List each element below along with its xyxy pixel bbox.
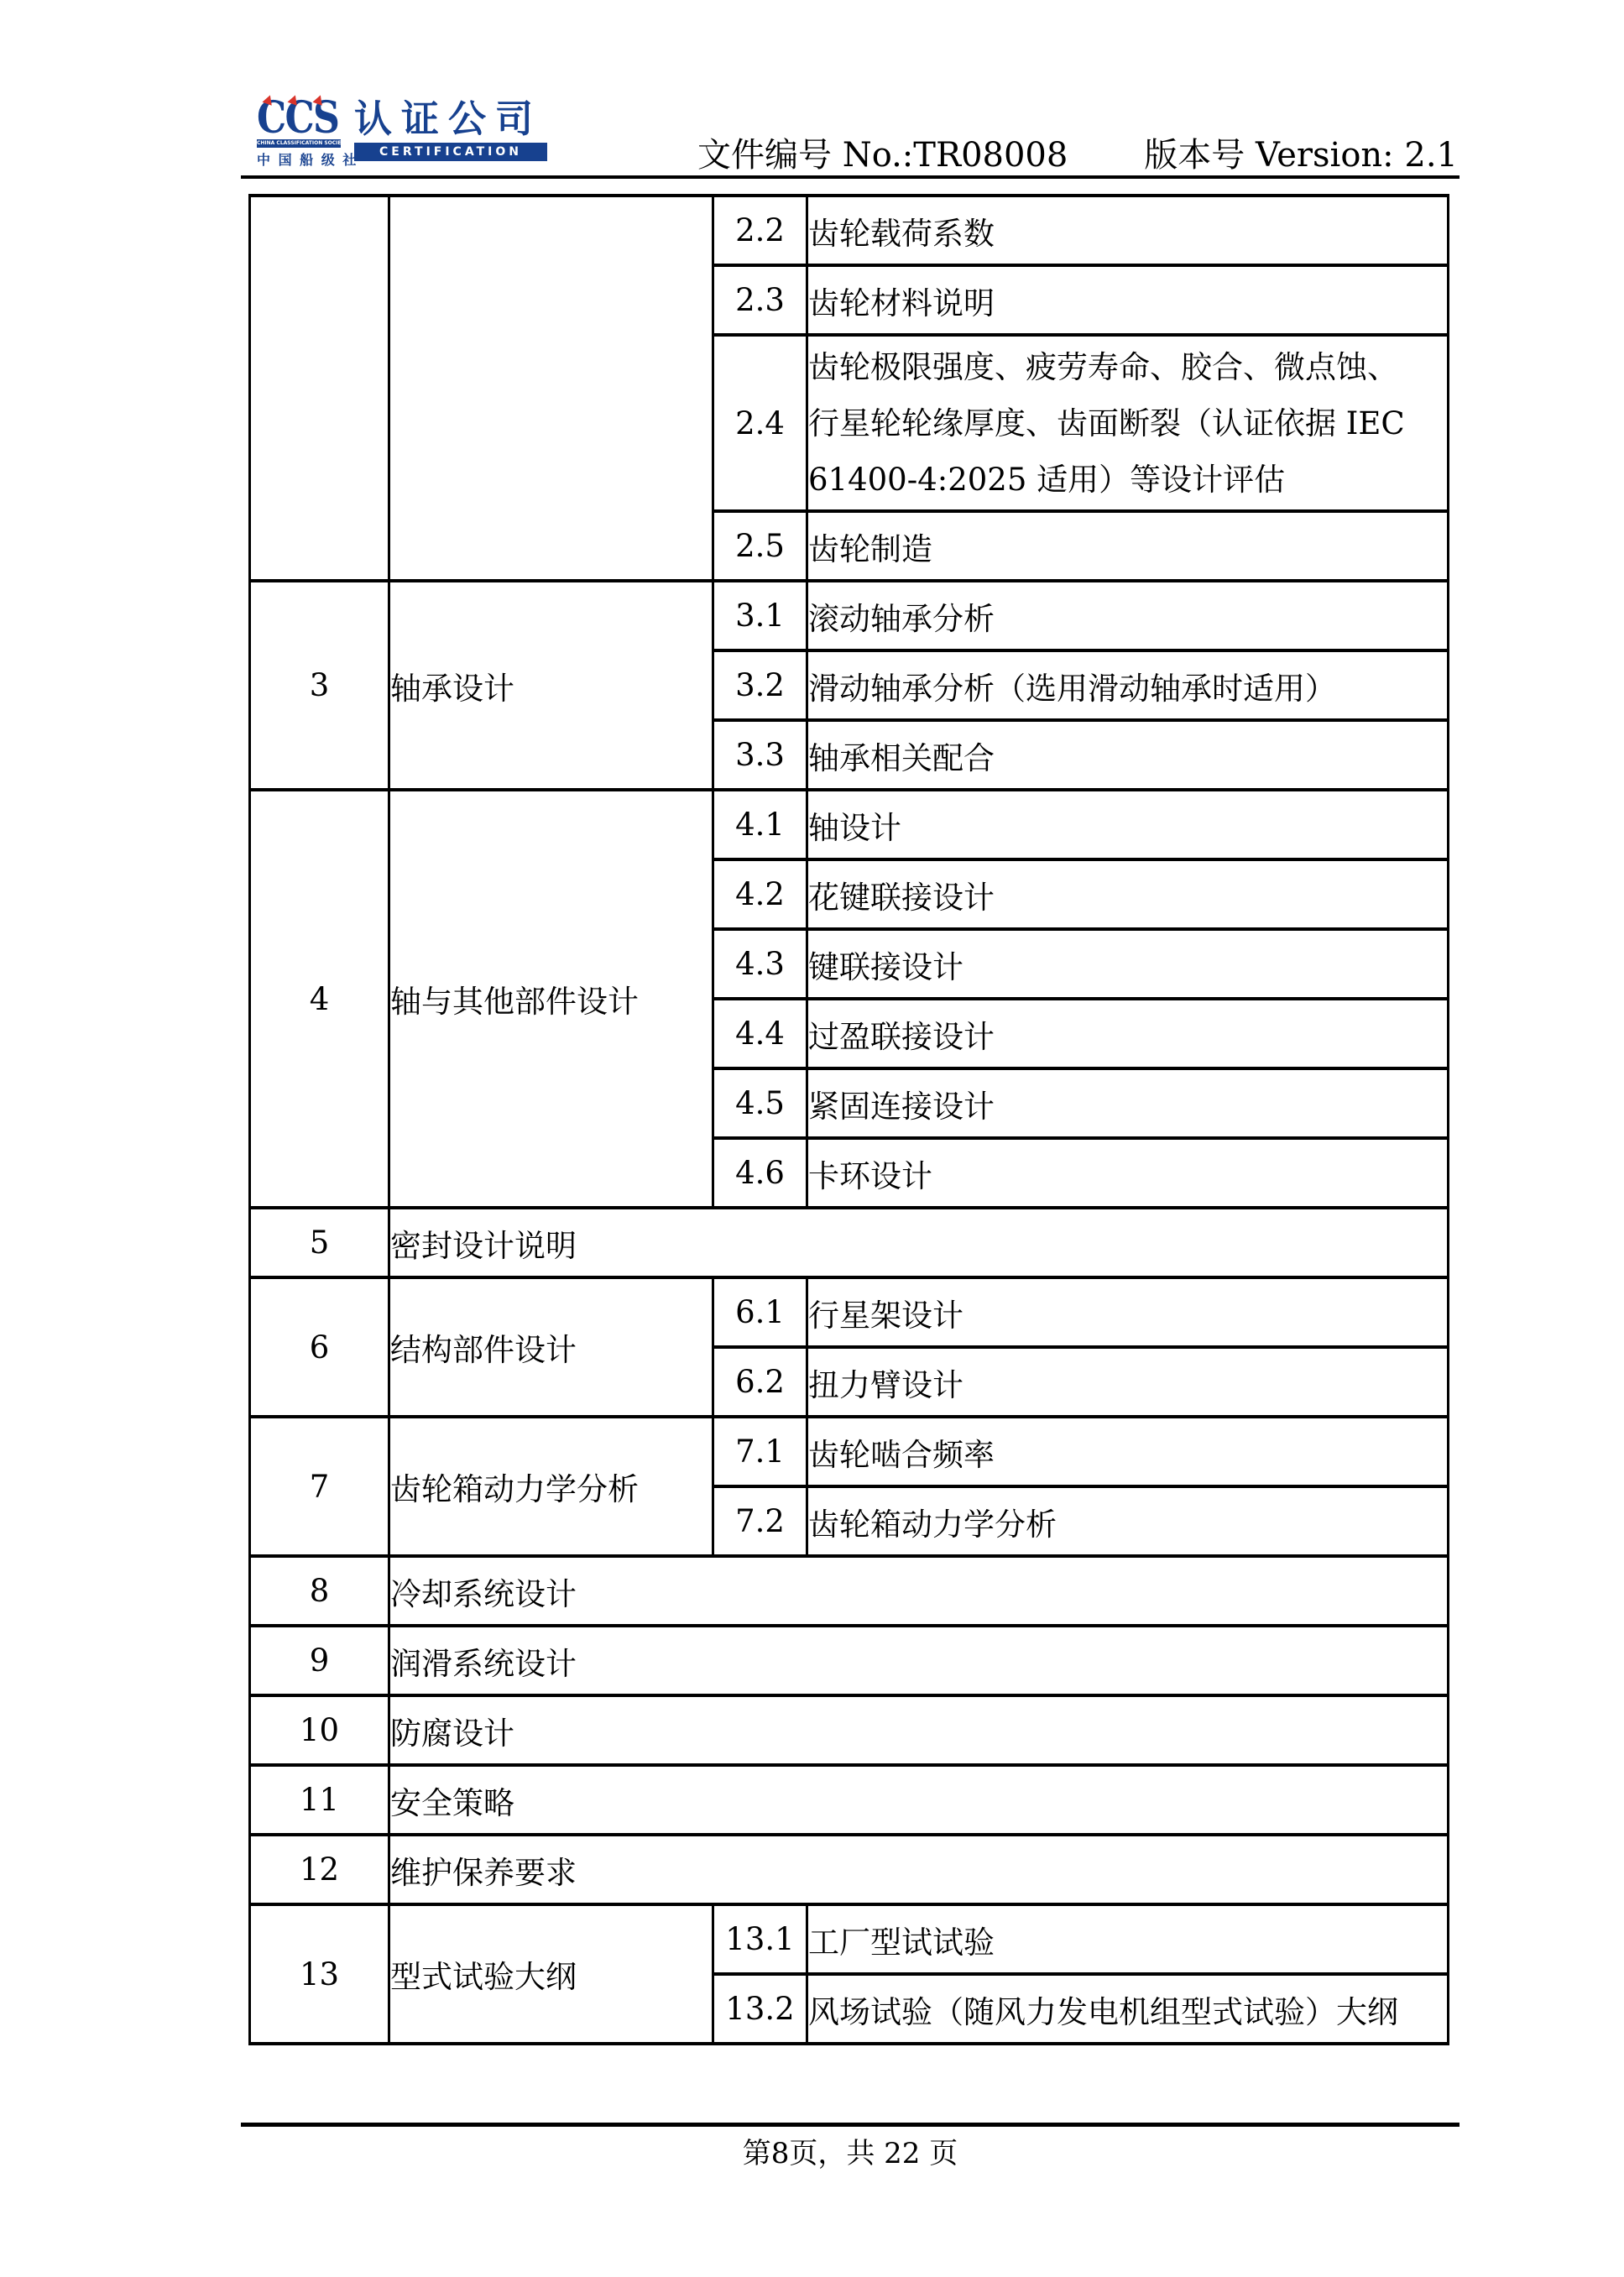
table-row: 9 润滑系统设计 xyxy=(250,1626,1449,1695)
sub-no-cell: 4.4 xyxy=(713,999,807,1068)
logo-company-en-banner: CERTIFICATION xyxy=(354,143,547,161)
category-cell: 润滑系统设计 xyxy=(389,1626,1449,1695)
table-row: 4 轴与其他部件设计 4.1 轴设计 xyxy=(250,790,1449,859)
sub-no-cell: 3.2 xyxy=(713,650,807,720)
page-number-label: 第8页，共 22 页 xyxy=(241,2130,1460,2171)
desc-cell: 轴承相关配合 xyxy=(807,720,1449,790)
document-page: CCS CHINA CLASSIFICATION SOCIETY 中 国 船 级… xyxy=(0,0,1624,2277)
sub-no-cell: 3.1 xyxy=(713,581,807,650)
category-cell: 冷却系统设计 xyxy=(389,1556,1449,1626)
category-cell: 轴与其他部件设计 xyxy=(389,790,713,1208)
table-row: 6 结构部件设计 6.1 行星架设计 xyxy=(250,1277,1449,1347)
desc-cell: 键联接设计 xyxy=(807,929,1449,999)
row-no-cell: 12 xyxy=(250,1835,389,1904)
table-row: 5 密封设计说明 xyxy=(250,1208,1449,1277)
ccs-logo-left: CCS CHINA CLASSIFICATION SOCIETY 中 国 船 级… xyxy=(257,99,341,169)
desc-cell: 齿轮材料说明 xyxy=(807,265,1449,335)
category-cell: 轴承设计 xyxy=(389,581,713,790)
header-rule xyxy=(241,175,1460,179)
row-no-cell: 11 xyxy=(250,1765,389,1835)
sub-no-cell: 3.3 xyxy=(713,720,807,790)
category-cell: 结构部件设计 xyxy=(389,1277,713,1417)
row-no-cell: 9 xyxy=(250,1626,389,1695)
sub-no-cell: 4.2 xyxy=(713,859,807,929)
sub-no-cell: 7.1 xyxy=(713,1417,807,1486)
sub-no-cell: 2.5 xyxy=(713,511,807,581)
desc-cell: 工厂型试试验 xyxy=(807,1904,1449,1974)
table-row: 2.2 齿轮载荷系数 xyxy=(250,196,1449,265)
row-no-cell: 4 xyxy=(250,790,389,1208)
desc-cell: 轴设计 xyxy=(807,790,1449,859)
table-row: 3 轴承设计 3.1 滚动轴承分析 xyxy=(250,581,1449,650)
desc-cell: 齿轮啮合频率 xyxy=(807,1417,1449,1486)
desc-cell: 扭力臂设计 xyxy=(807,1347,1449,1417)
version-label: 版本号 Version: 2.1 xyxy=(1144,128,1458,176)
sub-no-cell: 13.2 xyxy=(713,1974,807,2044)
sub-no-cell: 2.3 xyxy=(713,265,807,335)
footer-rule xyxy=(241,2123,1460,2127)
row-no-cell: 3 xyxy=(250,581,389,790)
table-row: 13 型式试验大纲 13.1 工厂型试试验 xyxy=(250,1904,1449,1974)
sub-no-cell: 4.1 xyxy=(713,790,807,859)
desc-cell: 行星架设计 xyxy=(807,1277,1449,1347)
row-no-cell: 8 xyxy=(250,1556,389,1626)
row-no-cell xyxy=(250,196,389,581)
row-no-cell: 10 xyxy=(250,1695,389,1765)
ccs-logo-right: 认证公司 CERTIFICATION xyxy=(354,99,547,161)
category-cell: 安全策略 xyxy=(389,1765,1449,1835)
desc-cell: 滑动轴承分析（选用滑动轴承时适用） xyxy=(807,650,1449,720)
desc-cell: 过盈联接设计 xyxy=(807,999,1449,1068)
table-row: 11 安全策略 xyxy=(250,1765,1449,1835)
category-cell xyxy=(389,196,713,581)
table-row: 12 维护保养要求 xyxy=(250,1835,1449,1904)
sub-no-cell: 4.5 xyxy=(713,1068,807,1138)
ccs-society-cn: 中 国 船 级 社 xyxy=(257,149,341,169)
spec-table: 2.2 齿轮载荷系数 2.3 齿轮材料说明 2.4 齿轮极限强度、疲劳寿命、胶合… xyxy=(248,194,1449,2045)
row-no-cell: 13 xyxy=(250,1904,389,2044)
desc-cell: 齿轮箱动力学分析 xyxy=(807,1486,1449,1556)
sub-no-cell: 7.2 xyxy=(713,1486,807,1556)
category-cell: 密封设计说明 xyxy=(389,1208,1449,1277)
table-row: 8 冷却系统设计 xyxy=(250,1556,1449,1626)
desc-cell: 紧固连接设计 xyxy=(807,1068,1449,1138)
table-row: 7 齿轮箱动力学分析 7.1 齿轮啮合频率 xyxy=(250,1417,1449,1486)
sub-no-cell: 13.1 xyxy=(713,1904,807,1974)
row-no-cell: 7 xyxy=(250,1417,389,1556)
ccs-logo-text: CCS xyxy=(257,99,328,138)
desc-cell: 齿轮制造 xyxy=(807,511,1449,581)
sub-no-cell: 4.3 xyxy=(713,929,807,999)
desc-cell: 齿轮极限强度、疲劳寿命、胶合、微点蚀、 行星轮轮缘厚度、齿面断裂（认证依据 IE… xyxy=(807,335,1449,511)
doc-number-label: 文件编号 No.:TR08008 xyxy=(697,128,1068,176)
desc-cell: 齿轮载荷系数 xyxy=(807,196,1449,265)
table-row: 10 防腐设计 xyxy=(250,1695,1449,1765)
sub-no-cell: 6.2 xyxy=(713,1347,807,1417)
desc-cell: 滚动轴承分析 xyxy=(807,581,1449,650)
sub-no-cell: 2.4 xyxy=(713,335,807,511)
spec-table-wrapper: 2.2 齿轮载荷系数 2.3 齿轮材料说明 2.4 齿轮极限强度、疲劳寿命、胶合… xyxy=(248,194,1449,2045)
category-cell: 防腐设计 xyxy=(389,1695,1449,1765)
category-cell: 维护保养要求 xyxy=(389,1835,1449,1904)
desc-cell: 花键联接设计 xyxy=(807,859,1449,929)
row-no-cell: 5 xyxy=(250,1208,389,1277)
row-no-cell: 6 xyxy=(250,1277,389,1417)
category-cell: 齿轮箱动力学分析 xyxy=(389,1417,713,1556)
logo-company-cn: 认证公司 xyxy=(354,99,547,138)
sub-no-cell: 6.1 xyxy=(713,1277,807,1347)
desc-cell: 风场试验（随风力发电机组型式试验）大纲 xyxy=(807,1974,1449,2044)
sub-no-cell: 2.2 xyxy=(713,196,807,265)
sub-no-cell: 4.6 xyxy=(713,1138,807,1208)
desc-cell: 卡环设计 xyxy=(807,1138,1449,1208)
ccs-logo: CCS CHINA CLASSIFICATION SOCIETY 中 国 船 级… xyxy=(257,99,547,169)
category-cell: 型式试验大纲 xyxy=(389,1904,713,2044)
